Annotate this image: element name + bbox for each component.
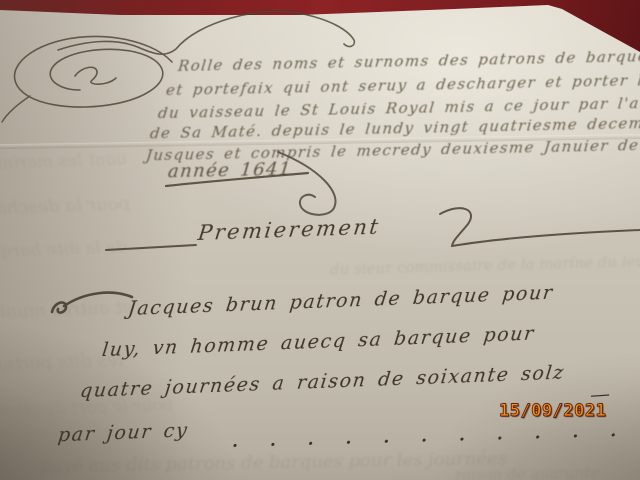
flourish-spiral-tail-icon: [2, 96, 30, 122]
heading-rule-right-icon: [452, 230, 640, 246]
pen-trial-mark-icon: [75, 67, 116, 84]
photo-of-manuscript: uant les mariniers pour la descharge de …: [0, 0, 640, 480]
date-stamp: 15/09/2021: [499, 401, 606, 421]
flourish-spiral-icon: [15, 36, 172, 107]
paragraph-mark-icon: [52, 293, 132, 313]
manuscript-year-line: année 1641: [167, 159, 293, 183]
flourish-ribbon-icon: [58, 11, 354, 54]
heading-flourish-icon: [440, 208, 471, 246]
heading-rule-left-icon: [106, 245, 196, 250]
